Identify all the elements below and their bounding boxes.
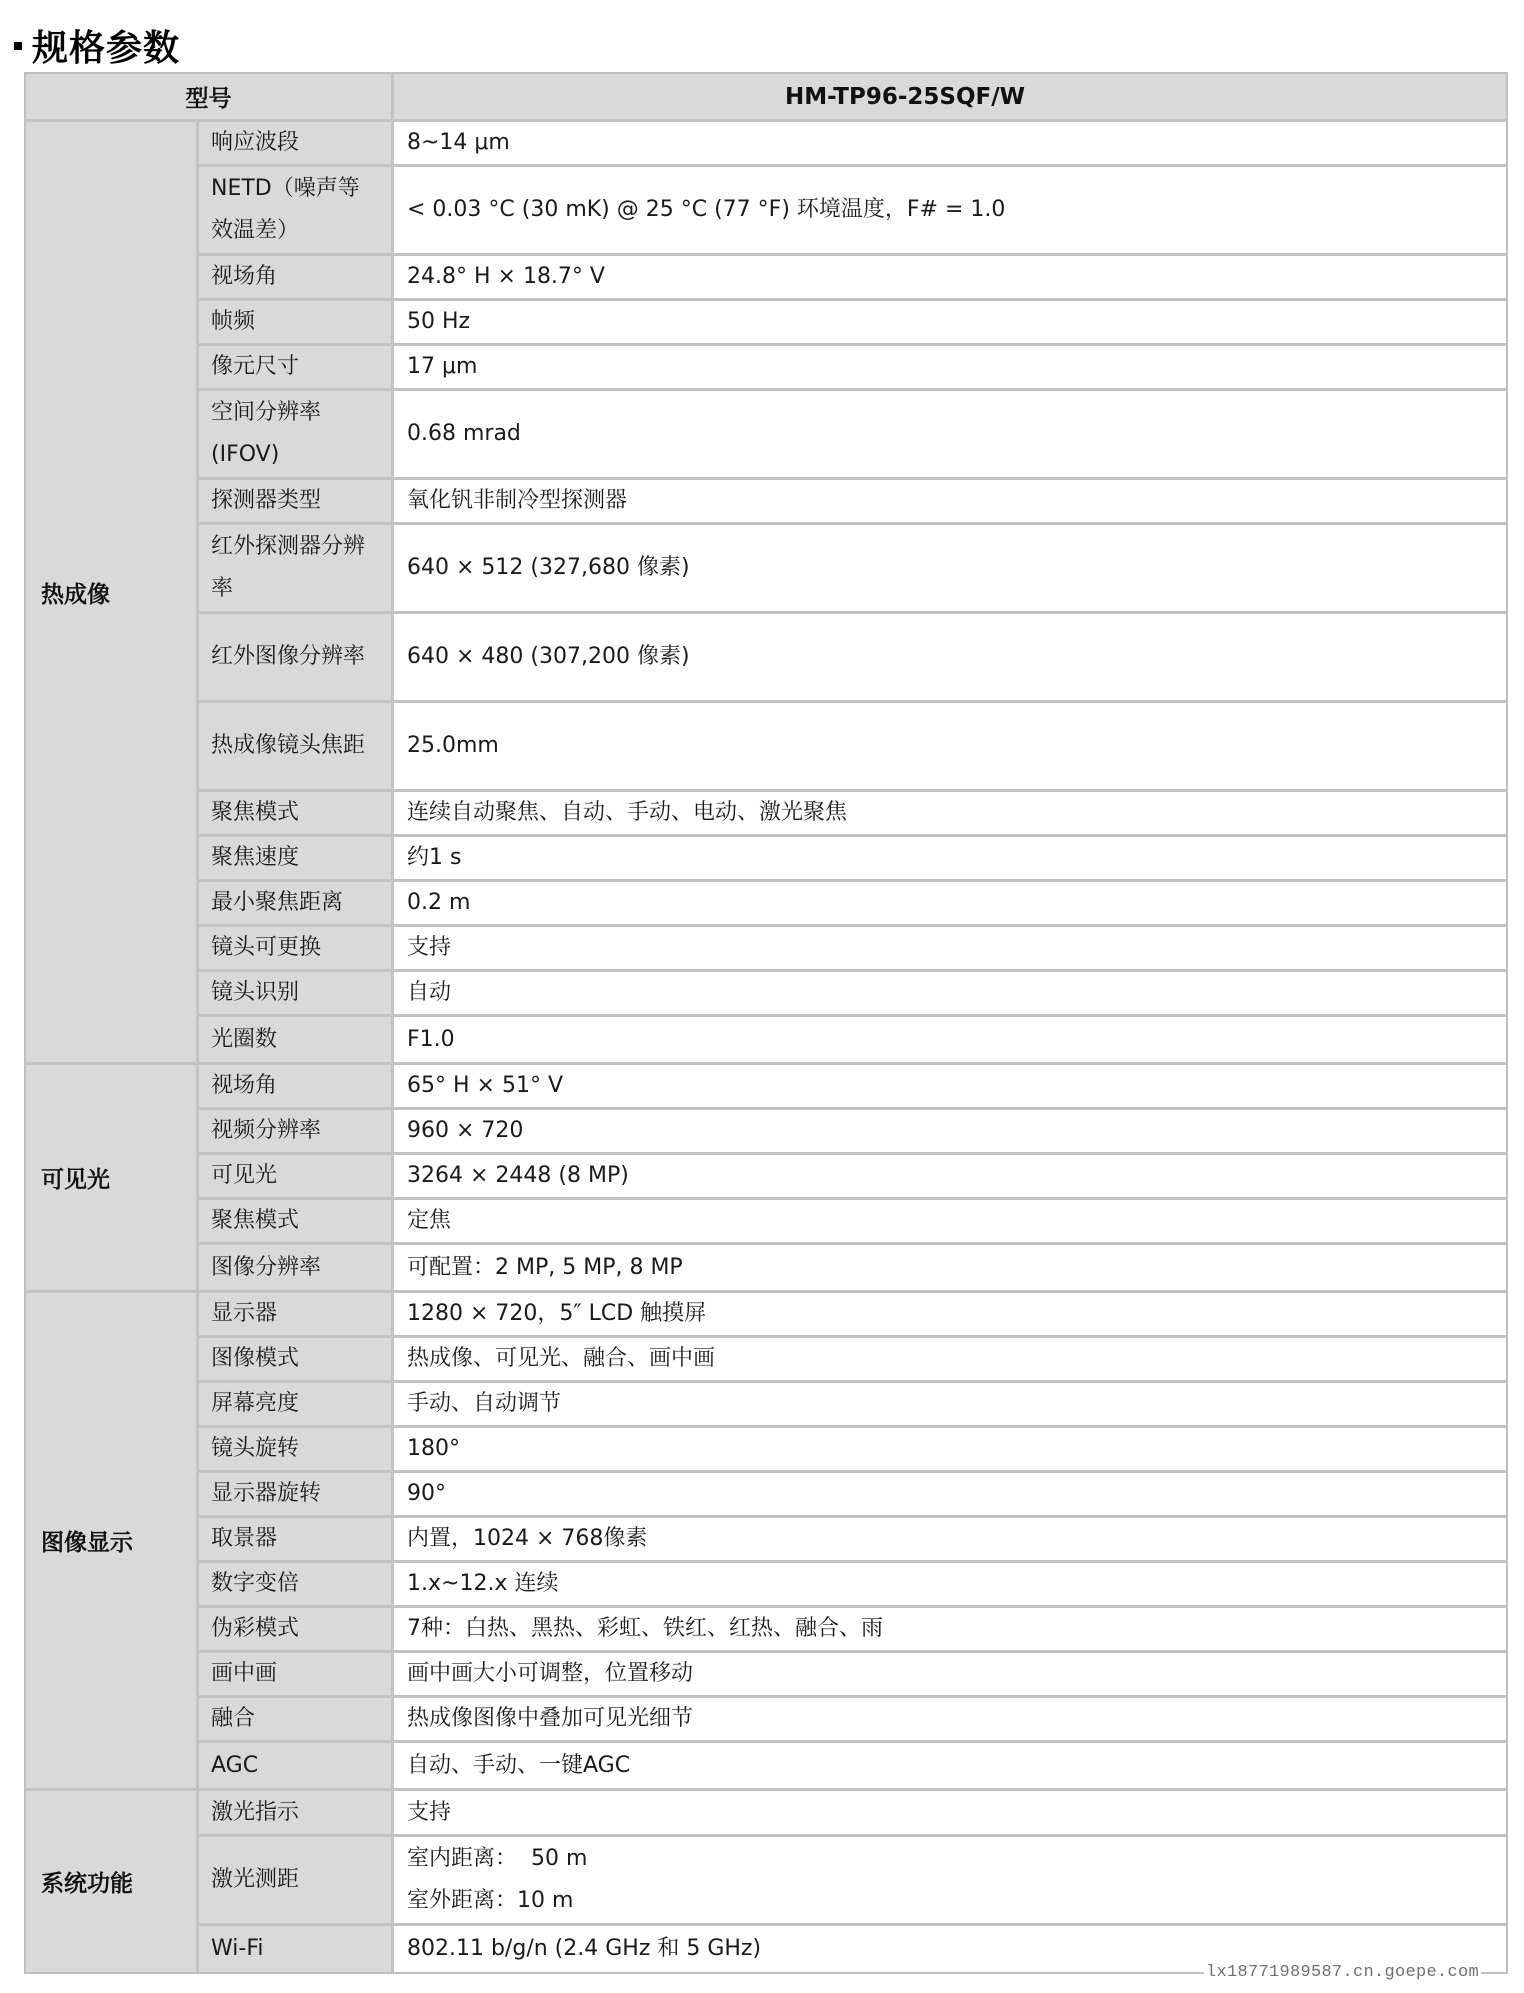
spec-value: 640 × 512 (327,680 像素)	[394, 525, 1506, 611]
spec-value-line: 0.2 m	[407, 882, 1506, 924]
spec-key: 显示器旋转	[199, 1473, 394, 1515]
spec-value: 室内距离： 50 m室外距离：10 m	[394, 1837, 1506, 1923]
table-row: 数字变倍1.x~12.x 连续	[199, 1563, 1506, 1608]
spec-value: 内置，1024 × 768像素	[394, 1518, 1506, 1560]
watermark: lx18771989587.cn.goepe.com	[1204, 1963, 1481, 1982]
spec-key: 可见光	[199, 1155, 394, 1197]
spec-value-line: F1.0	[407, 1019, 1506, 1061]
spec-key: 视场角	[199, 1065, 394, 1107]
table-row: 聚焦模式定焦	[199, 1200, 1506, 1245]
spec-value-line: 25.0mm	[407, 725, 1506, 767]
spec-value: 8~14 μm	[394, 122, 1506, 164]
spec-key: 融合	[199, 1698, 394, 1740]
spec-value-line: 定焦	[407, 1200, 1506, 1242]
table-row: 聚焦速度约1 s	[199, 837, 1506, 882]
table-row: 伪彩模式7种：白热、黑热、彩虹、铁红、红热、融合、雨	[199, 1608, 1506, 1653]
table-row: 视场角65° H × 51° V	[199, 1065, 1506, 1110]
section-label: 可见光	[26, 1065, 199, 1290]
spec-value: 自动、手动、一键AGC	[394, 1743, 1506, 1788]
section-rows: 激光指示支持激光测距室内距离： 50 m室外距离：10 mWi-Fi802.11…	[199, 1791, 1506, 1972]
spec-value: 1280 × 720，5″ LCD 触摸屏	[394, 1293, 1506, 1335]
spec-value: 17 μm	[394, 346, 1506, 388]
table-body: 热成像响应波段8~14 μmNETD（噪声等效温差）< 0.03 °C (30 …	[26, 122, 1506, 1972]
table-row: 屏幕亮度手动、自动调节	[199, 1383, 1506, 1428]
spec-value-line: 1280 × 720，5″ LCD 触摸屏	[407, 1293, 1506, 1335]
spec-value-line: 0.68 mrad	[407, 413, 1506, 455]
section-rows: 视场角65° H × 51° V视频分辨率960 × 720可见光3264 × …	[199, 1065, 1506, 1290]
table-row: 显示器1280 × 720，5″ LCD 触摸屏	[199, 1293, 1506, 1338]
spec-value-line: 内置，1024 × 768像素	[407, 1518, 1506, 1560]
spec-value-line: 热成像、可见光、融合、画中画	[407, 1338, 1506, 1380]
table-row: 镜头识别自动	[199, 972, 1506, 1017]
spec-key: 空间分辨率 (IFOV)	[199, 391, 394, 477]
table-row: 融合热成像图像中叠加可见光细节	[199, 1698, 1506, 1743]
spec-key: 最小聚焦距离	[199, 882, 394, 924]
header-model-label: 型号	[26, 74, 394, 119]
spec-value-line: 17 μm	[407, 346, 1506, 388]
spec-key: Wi-Fi	[199, 1926, 394, 1972]
spec-key: 镜头旋转	[199, 1428, 394, 1470]
section-sys: 系统功能激光指示支持激光测距室内距离： 50 m室外距离：10 mWi-Fi80…	[26, 1791, 1506, 1972]
table-row: 探测器类型氧化钒非制冷型探测器	[199, 480, 1506, 525]
spec-value: 640 × 480 (307,200 像素)	[394, 614, 1506, 700]
spec-value-line: 90°	[407, 1473, 1506, 1515]
spec-value-line: 960 × 720	[407, 1110, 1506, 1152]
spec-key: AGC	[199, 1743, 394, 1788]
table-row: 显示器旋转90°	[199, 1473, 1506, 1518]
spec-key: 红外探测器分辨率	[199, 525, 394, 611]
bullet-icon	[14, 42, 22, 50]
table-row: 最小聚焦距离0.2 m	[199, 882, 1506, 927]
section-label: 系统功能	[26, 1791, 199, 1972]
spec-value: 7种：白热、黑热、彩虹、铁红、红热、融合、雨	[394, 1608, 1506, 1650]
spec-value: 0.2 m	[394, 882, 1506, 924]
table-row: 像元尺寸17 μm	[199, 346, 1506, 391]
table-row: AGC自动、手动、一键AGC	[199, 1743, 1506, 1788]
spec-key: 光圈数	[199, 1017, 394, 1062]
spec-value-line: < 0.03 °C (30 mK) @ 25 °C (77 °F) 环境温度，F…	[407, 189, 1506, 231]
spec-value-line: 180°	[407, 1428, 1506, 1470]
spec-value: 画中画大小可调整，位置移动	[394, 1653, 1506, 1695]
spec-value-line: 3264 × 2448 (8 MP)	[407, 1155, 1506, 1197]
spec-value: 960 × 720	[394, 1110, 1506, 1152]
table-row: 聚焦模式连续自动聚焦、自动、手动、电动、激光聚焦	[199, 792, 1506, 837]
section-label: 热成像	[26, 122, 199, 1062]
spec-value-line: 支持	[407, 1792, 1506, 1834]
spec-value-line: 65° H × 51° V	[407, 1065, 1506, 1107]
spec-value-line: 约1 s	[407, 837, 1506, 879]
spec-value: 25.0mm	[394, 703, 1506, 789]
table-row: 响应波段8~14 μm	[199, 122, 1506, 167]
spec-value: 90°	[394, 1473, 1506, 1515]
spec-value-line: 室外距离：10 m	[407, 1880, 1506, 1922]
table-row: 视场角24.8° H × 18.7° V	[199, 256, 1506, 301]
table-row: 可见光3264 × 2448 (8 MP)	[199, 1155, 1506, 1200]
spec-table: 型号 HM-TP96-25SQF/W 热成像响应波段8~14 μmNETD（噪声…	[24, 72, 1508, 1974]
spec-key: 聚焦速度	[199, 837, 394, 879]
spec-value: 支持	[394, 927, 1506, 969]
table-row: 帧频50 Hz	[199, 301, 1506, 346]
table-row: 图像分辨率可配置：2 MP, 5 MP, 8 MP	[199, 1245, 1506, 1290]
table-row: 画中画画中画大小可调整，位置移动	[199, 1653, 1506, 1698]
spec-value: 可配置：2 MP, 5 MP, 8 MP	[394, 1245, 1506, 1290]
spec-value: F1.0	[394, 1017, 1506, 1062]
section-thermal: 热成像响应波段8~14 μmNETD（噪声等效温差）< 0.03 °C (30 …	[26, 122, 1506, 1065]
spec-key: 显示器	[199, 1293, 394, 1335]
table-row: 激光指示支持	[199, 1791, 1506, 1837]
header-model-value: HM-TP96-25SQF/W	[394, 74, 1506, 119]
spec-key: 画中画	[199, 1653, 394, 1695]
spec-value: 3264 × 2448 (8 MP)	[394, 1155, 1506, 1197]
spec-value-line: 画中画大小可调整，位置移动	[407, 1653, 1506, 1695]
spec-value: 热成像图像中叠加可见光细节	[394, 1698, 1506, 1740]
spec-key: 聚焦模式	[199, 792, 394, 834]
section-rows: 响应波段8~14 μmNETD（噪声等效温差）< 0.03 °C (30 mK)…	[199, 122, 1506, 1062]
spec-key: 激光测距	[199, 1837, 394, 1923]
table-row: 热成像镜头焦距25.0mm	[199, 703, 1506, 792]
spec-key: 热成像镜头焦距	[199, 703, 394, 789]
spec-value-line: 支持	[407, 927, 1506, 969]
table-row: 视频分辨率960 × 720	[199, 1110, 1506, 1155]
spec-value: 手动、自动调节	[394, 1383, 1506, 1425]
spec-value-line: 连续自动聚焦、自动、手动、电动、激光聚焦	[407, 792, 1506, 834]
page-title: 规格参数	[14, 22, 180, 68]
spec-value: 支持	[394, 1791, 1506, 1834]
spec-key: 探测器类型	[199, 480, 394, 522]
table-row: 取景器内置，1024 × 768像素	[199, 1518, 1506, 1563]
table-row: 空间分辨率 (IFOV)0.68 mrad	[199, 391, 1506, 480]
spec-value-line: 8~14 μm	[407, 122, 1506, 164]
table-row: 激光测距室内距离： 50 m室外距离：10 m	[199, 1837, 1506, 1926]
spec-value-line: 自动	[407, 972, 1506, 1014]
spec-value: 连续自动聚焦、自动、手动、电动、激光聚焦	[394, 792, 1506, 834]
spec-value: 180°	[394, 1428, 1506, 1470]
spec-key: 图像分辨率	[199, 1245, 394, 1290]
spec-value: 氧化钒非制冷型探测器	[394, 480, 1506, 522]
spec-value: 65° H × 51° V	[394, 1065, 1506, 1107]
spec-key: 帧频	[199, 301, 394, 343]
table-row: 镜头旋转180°	[199, 1428, 1506, 1473]
spec-key: 视频分辨率	[199, 1110, 394, 1152]
spec-key: 数字变倍	[199, 1563, 394, 1605]
table-row: 镜头可更换支持	[199, 927, 1506, 972]
spec-key: 镜头识别	[199, 972, 394, 1014]
spec-value: < 0.03 °C (30 mK) @ 25 °C (77 °F) 环境温度，F…	[394, 167, 1506, 253]
spec-key: 激光指示	[199, 1791, 394, 1834]
spec-value-line: 室内距离： 50 m	[407, 1838, 1506, 1880]
spec-value: 热成像、可见光、融合、画中画	[394, 1338, 1506, 1380]
spec-value-line: 可配置：2 MP, 5 MP, 8 MP	[407, 1247, 1506, 1289]
table-header: 型号 HM-TP96-25SQF/W	[26, 74, 1506, 122]
spec-key: 屏幕亮度	[199, 1383, 394, 1425]
spec-key: 视场角	[199, 256, 394, 298]
table-row: 红外图像分辨率640 × 480 (307,200 像素)	[199, 614, 1506, 703]
spec-value: 自动	[394, 972, 1506, 1014]
table-row: NETD（噪声等效温差）< 0.03 °C (30 mK) @ 25 °C (7…	[199, 167, 1506, 256]
spec-value-line: 氧化钒非制冷型探测器	[407, 480, 1506, 522]
spec-key: NETD（噪声等效温差）	[199, 167, 394, 253]
spec-value-line: 7种：白热、黑热、彩虹、铁红、红热、融合、雨	[407, 1608, 1506, 1650]
spec-value-line: 1.x~12.x 连续	[407, 1563, 1506, 1605]
spec-value: 定焦	[394, 1200, 1506, 1242]
spec-value-line: 50 Hz	[407, 301, 1506, 343]
spec-value-line: 热成像图像中叠加可见光细节	[407, 1698, 1506, 1740]
table-row: 光圈数F1.0	[199, 1017, 1506, 1062]
section-label: 图像显示	[26, 1293, 199, 1788]
spec-value: 1.x~12.x 连续	[394, 1563, 1506, 1605]
spec-value-line: 24.8° H × 18.7° V	[407, 256, 1506, 298]
spec-key: 取景器	[199, 1518, 394, 1560]
spec-value-line: 640 × 480 (307,200 像素)	[407, 636, 1506, 678]
spec-key: 聚焦模式	[199, 1200, 394, 1242]
spec-value-line: 自动、手动、一键AGC	[407, 1745, 1506, 1787]
section-rows: 显示器1280 × 720，5″ LCD 触摸屏图像模式热成像、可见光、融合、画…	[199, 1293, 1506, 1788]
page-title-text: 规格参数	[32, 20, 180, 71]
section-visible: 可见光视场角65° H × 51° V视频分辨率960 × 720可见光3264…	[26, 1065, 1506, 1293]
spec-key: 图像模式	[199, 1338, 394, 1380]
spec-value-line: 640 × 512 (327,680 像素)	[407, 547, 1506, 589]
spec-key: 红外图像分辨率	[199, 614, 394, 700]
spec-key: 镜头可更换	[199, 927, 394, 969]
table-row: 图像模式热成像、可见光、融合、画中画	[199, 1338, 1506, 1383]
spec-value: 约1 s	[394, 837, 1506, 879]
spec-value: 0.68 mrad	[394, 391, 1506, 477]
section-display: 图像显示显示器1280 × 720，5″ LCD 触摸屏图像模式热成像、可见光、…	[26, 1293, 1506, 1791]
spec-key: 像元尺寸	[199, 346, 394, 388]
spec-key: 伪彩模式	[199, 1608, 394, 1650]
spec-key: 响应波段	[199, 122, 394, 164]
spec-value: 24.8° H × 18.7° V	[394, 256, 1506, 298]
spec-value-line: 手动、自动调节	[407, 1383, 1506, 1425]
spec-value: 50 Hz	[394, 301, 1506, 343]
table-row: 红外探测器分辨率640 × 512 (327,680 像素)	[199, 525, 1506, 614]
